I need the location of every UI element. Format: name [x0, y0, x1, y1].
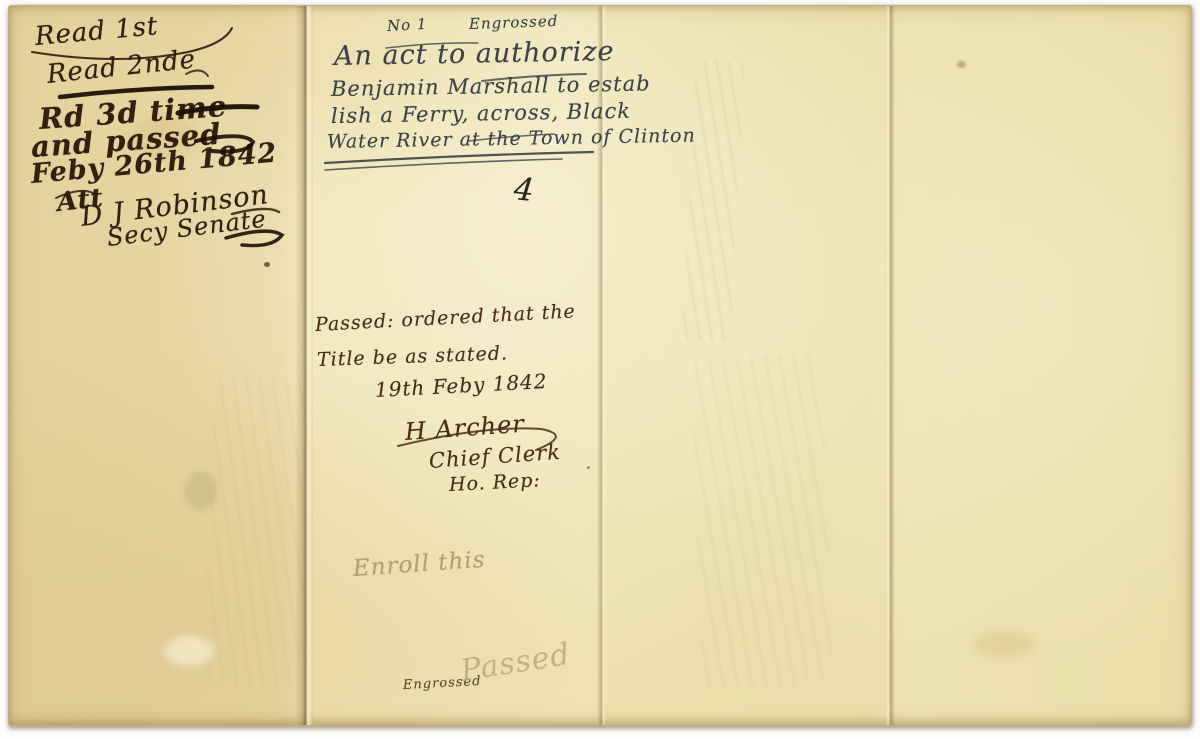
title-line-4: Water River at the Town of Clinton: [327, 125, 696, 153]
document-paper: Read 1st Read 2nde Rd 3d time and passed…: [8, 5, 1192, 726]
fold-crease-left: [295, 6, 313, 725]
annotation-read-second: Read 2nde: [45, 44, 197, 89]
title-line-3: lish a Ferry, across, Black: [331, 99, 631, 128]
house-clerk-title-2: Ho. Rep:: [448, 469, 541, 496]
engrossed-label: Engrossed: [469, 12, 559, 33]
passed-pencil-note: Passed: [458, 637, 573, 689]
house-note-date: 19th Feby 1842: [374, 369, 548, 402]
ghost-writing: [682, 60, 745, 342]
enroll-note: Enroll this: [352, 547, 486, 582]
doc-number: No 1: [387, 15, 428, 35]
house-clerk-signature: H Archer: [404, 410, 526, 446]
ghost-writing: [204, 374, 310, 687]
ink-speck: [264, 262, 270, 267]
house-note-line-2: Title be as stated.: [317, 342, 509, 371]
annotation-read-first: Read 1st: [34, 11, 160, 52]
scanned-document-image: Read 1st Read 2nde Rd 3d time and passed…: [0, 0, 1200, 739]
stain: [184, 471, 218, 511]
fold-crease-right: [885, 6, 895, 725]
stain: [974, 631, 1034, 657]
stain: [164, 636, 214, 666]
ghost-writing: [691, 354, 832, 688]
title-line-1: An act to authorize: [334, 36, 615, 72]
stain: [957, 61, 966, 68]
house-note-line-1: Passed: ordered that the: [314, 300, 576, 336]
ink-speck: [587, 466, 590, 469]
page-number: 4: [512, 171, 536, 209]
house-clerk-title-1: Chief Clerk: [428, 440, 562, 473]
